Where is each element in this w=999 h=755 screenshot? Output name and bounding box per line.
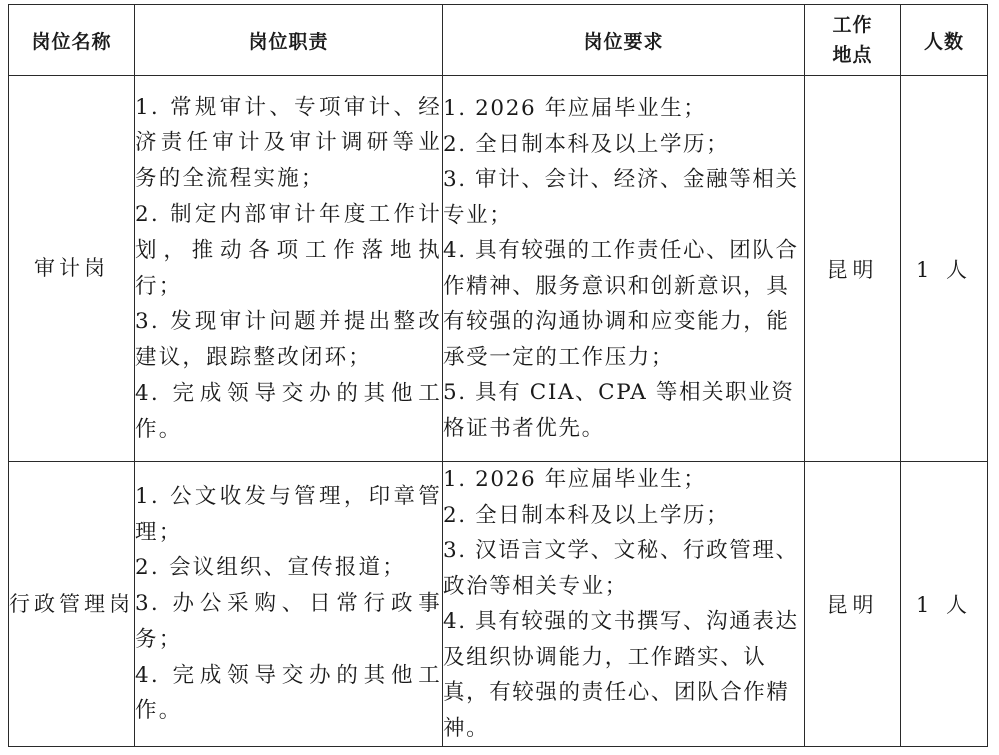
duty-item: 1. 常规审计、专项审计、经济责任审计及审计调研等业务的全流程实施； xyxy=(135,90,442,197)
table-row-audit: 审计岗 1. 常规审计、专项审计、经济责任审计及审计调研等业务的全流程实施； 2… xyxy=(9,76,988,462)
header-requirements: 岗位要求 xyxy=(443,5,805,76)
duties-cell: 1. 常规审计、专项审计、经济责任审计及审计调研等业务的全流程实施； 2. 制定… xyxy=(135,76,443,462)
duty-item: 2. 会议组织、宣传报道； xyxy=(135,550,442,586)
header-headcount: 人数 xyxy=(901,5,988,76)
requirements-cell: 1. 2026 年应届毕业生； 2. 全日制本科及以上学历； 3. 汉语言文学、… xyxy=(443,462,805,747)
duty-item: 2. 制定内部审计年度工作计划，推动各项工作落地执行； xyxy=(135,197,442,304)
requirements-cell: 1. 2026 年应届毕业生； 2. 全日制本科及以上学历； 3. 审计、会计、… xyxy=(443,76,805,462)
location-cell: 昆明 xyxy=(805,462,901,747)
header-duties: 岗位职责 xyxy=(135,5,443,76)
headcount-cell: 1 人 xyxy=(901,462,988,747)
header-location: 工作 地点 xyxy=(805,5,901,76)
position-name-cell: 行政管理岗 xyxy=(9,462,135,747)
table-row-admin: 行政管理岗 1. 公文收发与管理，印章管理； 2. 会议组织、宣传报道； 3. … xyxy=(9,462,988,747)
duty-item: 3. 办公采购、日常行政事务； xyxy=(135,586,442,658)
header-location-line1: 工作 xyxy=(805,10,900,40)
position-name-cell: 审计岗 xyxy=(9,76,135,462)
table-header-row: 岗位名称 岗位职责 岗位要求 工作 地点 人数 xyxy=(9,5,988,76)
requirement-item: 4. 具有较强的文书撰写、沟通表达及组织协调能力，工作踏实、认真，有较强的责任心… xyxy=(443,604,804,746)
headcount-cell: 1 人 xyxy=(901,76,988,462)
requirement-item: 2. 全日制本科及以上学历； xyxy=(443,127,804,163)
duty-item: 4. 完成领导交办的其他工作。 xyxy=(135,658,442,730)
duty-item: 1. 公文收发与管理，印章管理； xyxy=(135,479,442,551)
header-location-line2: 地点 xyxy=(805,40,900,70)
requirement-item: 1. 2026 年应届毕业生； xyxy=(443,91,804,127)
duty-item: 3. 发现审计问题并提出整改建议，跟踪整改闭环； xyxy=(135,304,442,376)
requirement-item: 2. 全日制本科及以上学历； xyxy=(443,498,804,534)
header-position-name: 岗位名称 xyxy=(9,5,135,76)
requirement-item: 4. 具有较强的工作责任心、团队合作精神、服务意识和创新意识，具有较强的沟通协调… xyxy=(443,233,804,375)
requirement-item: 3. 汉语言文学、文秘、行政管理、政治等相关专业； xyxy=(443,533,804,604)
duties-cell: 1. 公文收发与管理，印章管理； 2. 会议组织、宣传报道； 3. 办公采购、日… xyxy=(135,462,443,747)
location-cell: 昆明 xyxy=(805,76,901,462)
requirement-item: 1. 2026 年应届毕业生； xyxy=(443,462,804,498)
job-positions-table: 岗位名称 岗位职责 岗位要求 工作 地点 人数 审计岗 1. 常规审计、专项审计… xyxy=(8,4,988,747)
requirement-item: 3. 审计、会计、经济、金融等相关专业； xyxy=(443,162,804,233)
duty-item: 4. 完成领导交办的其他工作。 xyxy=(135,376,442,448)
requirement-item: 5. 具有 CIA、CPA 等相关职业资格证书者优先。 xyxy=(443,375,804,446)
